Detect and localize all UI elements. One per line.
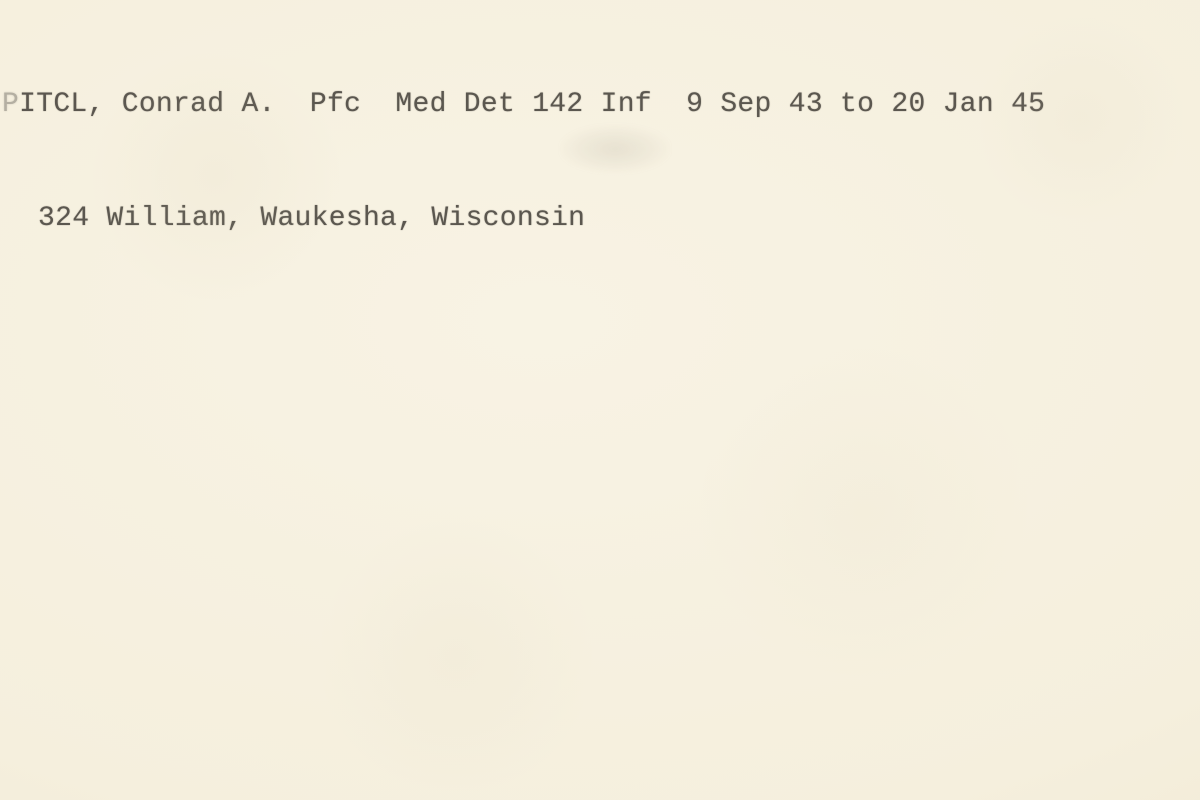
- typewritten-text-block: PITCL, Conrad A. Pfc Med Det 142 Inf 9 S…: [2, 10, 1045, 314]
- service-record-line: PITCL, Conrad A. Pfc Med Det 142 Inf 9 S…: [2, 86, 1045, 124]
- address-line: 324 William, Waukesha, Wisconsin: [2, 200, 1045, 238]
- index-card: PITCL, Conrad A. Pfc Med Det 142 Inf 9 S…: [0, 0, 1200, 800]
- faint-initial-letter: P: [2, 89, 19, 120]
- service-record-text: ITCL, Conrad A. Pfc Med Det 142 Inf 9 Se…: [19, 89, 1045, 120]
